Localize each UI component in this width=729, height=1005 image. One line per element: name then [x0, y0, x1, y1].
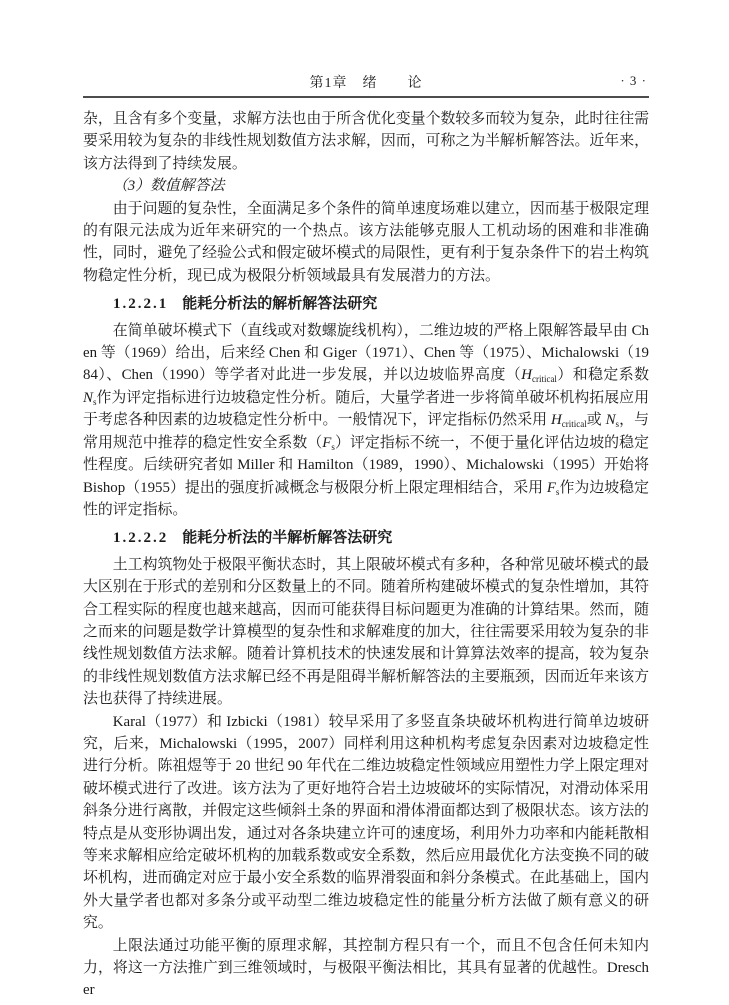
subsection-title: 能耗分析法的解析解答法研究 [182, 295, 377, 312]
math-symbol: Fs [547, 480, 560, 496]
paragraph: 由于问题的复杂性，全面满足多个条件的简单速度场难以建立，因而基于极限定理的有限元… [83, 198, 649, 288]
paragraph: Karal（1977）和 Izbicki（1981）较早采用了多竖直条块破坏机构… [83, 711, 649, 935]
chapter-running-title: 第1章 绪 论 [83, 72, 649, 92]
subsection-heading: 1.2.2.2能耗分析法的半解析解答法研究 [83, 527, 649, 549]
book-page: 第1章 绪 论 · 3 · 杂，且含有多个变量，求解方法也由于所含优化变量个数较… [0, 0, 729, 1005]
math-symbol: Hcritical [551, 412, 587, 428]
page-header: 第1章 绪 论 · 3 · [83, 72, 649, 92]
paragraph: 上限法通过功能平衡的原理求解，其控制方程只有一个，而且不包含任何未知内力，将这一… [83, 935, 649, 1002]
math-symbol: Hcritical [521, 367, 557, 383]
page-body: 杂，且含有多个变量，求解方法也由于所含优化变量个数较多而较为复杂，此时往往需要采… [83, 108, 649, 1002]
paragraph: 杂，且含有多个变量，求解方法也由于所含优化变量个数较多而较为复杂，此时往往需要采… [83, 108, 649, 175]
page-number: · 3 · [620, 73, 647, 89]
subsection-title: 能耗分析法的半解析解答法研究 [182, 529, 392, 546]
paragraph: 在简单破坏模式下（直线或对数螺旋线机构），二维边坡的严格上限解答最早由 Chen… [83, 320, 649, 522]
math-symbol: Ns [83, 390, 96, 406]
math-symbol: Ns [606, 412, 619, 428]
subsection-number: 1.2.2.1 [113, 296, 168, 312]
list-item-heading: （3）数值解答法 [83, 175, 649, 197]
paragraph: 土工构筑物处于极限平衡状态时，其上限破坏模式有多种，各种常见破坏模式的最大区别在… [83, 554, 649, 711]
subsection-number: 1.2.2.2 [113, 530, 168, 546]
header-rule [83, 96, 649, 98]
subsection-heading: 1.2.2.1能耗分析法的解析解答法研究 [83, 293, 649, 315]
math-symbol: Fs [322, 435, 335, 451]
